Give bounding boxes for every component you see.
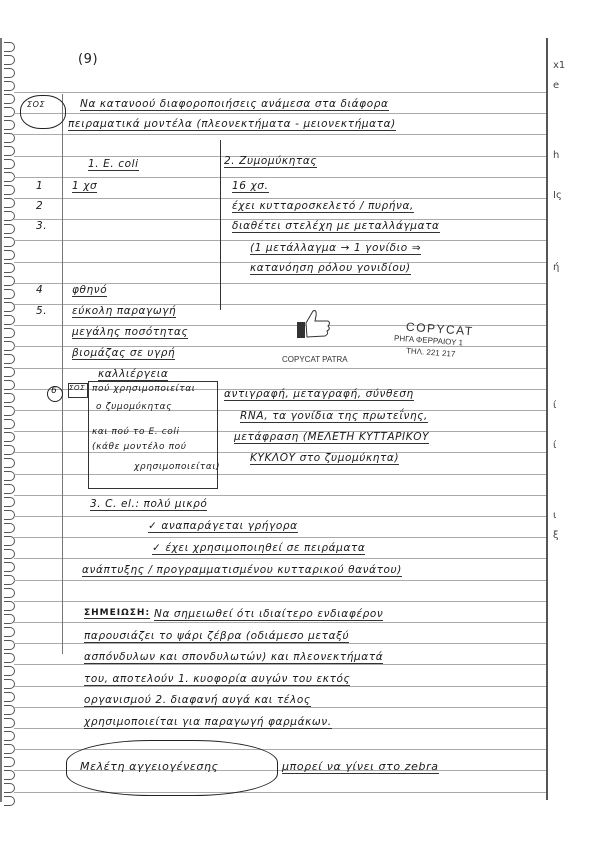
ruled-line <box>14 537 546 538</box>
note-line: παρουσιάζει το ψάρι ζέβρα (οδιάμεσο μετα… <box>84 630 349 643</box>
stamp-brand: COPYCAT PATRA <box>282 355 348 364</box>
header-line-2: πειραματικά μοντέλα (πλεονεκτήματα - μει… <box>68 118 396 131</box>
column-divider <box>220 140 221 310</box>
ruled-line <box>14 368 546 369</box>
edge-mark: ι <box>553 510 556 521</box>
ruled-line <box>14 177 546 178</box>
footer-cloud-text: Μελέτη αγγειογένεσης <box>80 760 219 773</box>
item-6-box-line: και πού το E. coli <box>92 427 180 437</box>
header-line-1: Να κατανοού διαφοροποιήσεις ανάμεσα στα … <box>80 98 389 111</box>
item-6-line: ΚΥΚΛΟΥ στο ζυμομύκητα) <box>250 452 399 465</box>
ruled-line <box>14 643 546 644</box>
ruled-line <box>14 664 546 665</box>
ruled-line <box>14 113 546 114</box>
item-6-number: 6 <box>51 386 57 396</box>
item-6-box-line: πού χρησιμοποιείται <box>92 384 195 394</box>
edge-mark: x1 <box>553 60 565 71</box>
ruled-line <box>14 601 546 602</box>
edge-mark: ί <box>553 440 556 451</box>
item-6-box-line: (κάθε μοντέλο πού <box>92 442 187 452</box>
col1-cell: καλλιέργεια <box>98 368 168 381</box>
row-number: 5. <box>36 305 47 317</box>
col1-cell: φθηνό <box>72 284 107 297</box>
item-6-sos: ΣΟΣ <box>69 384 85 392</box>
edge-mark: e <box>553 80 559 91</box>
col2-cell: 16 χσ. <box>232 180 269 193</box>
footer-text: μπορεί να γίνει στο zebra <box>282 760 439 774</box>
col1-cell: μεγάλης ποσότητας <box>72 326 188 339</box>
note-line: Να σημειωθεί ότι ιδιαίτερο ενδιαφέρον <box>154 608 383 621</box>
margin-line <box>62 94 63 654</box>
celegans-point: ✓ έχει χρησιμοποιηθεί σε πειράματα <box>152 542 365 555</box>
celegans-tail: ανάπτυξης / προγραμματισμένου κυτταρικού… <box>82 564 402 577</box>
edge-mark: ί <box>553 400 556 411</box>
ruled-line <box>14 92 546 93</box>
item-6-line: αντιγραφή, μεταγραφή, σύνθεση <box>224 388 414 401</box>
ruled-line <box>14 134 546 135</box>
ruled-line <box>14 580 546 581</box>
col2-title: 2. Ζυμομύκητας <box>224 155 317 168</box>
item-6-box-line: χρησιμοποιείται) <box>134 462 220 472</box>
edge-mark: Ις <box>553 190 562 201</box>
note-line: οργανισμού 2. διαφανή αυγά και τέλος <box>84 694 311 707</box>
col2-cell: κατανόηση ρόλου γονιδίου) <box>250 262 411 275</box>
ruled-line <box>14 792 546 793</box>
ruled-line <box>14 622 546 623</box>
ruled-line <box>14 495 546 496</box>
col1-title: 1. E. coli <box>88 158 139 171</box>
celegans-point: ✓ αναπαράγεται γρήγορα <box>148 520 298 533</box>
col2-cell: έχει κυτταροσκελετό / πυρήνα, <box>232 200 414 213</box>
sos-marker: ΣΟΣ <box>27 100 45 109</box>
note-line: του, αποτελούν 1. κυοφορία αυγών του εκτ… <box>84 673 350 686</box>
item-6-box-line: ο ζυμομύκητας <box>96 402 172 412</box>
row-number: 4 <box>36 284 43 296</box>
col2-cell: (1 μετάλλαγμα → 1 γονίδιο ⇒ <box>250 242 421 255</box>
note-label: ΣΗΜΕΙΩΣΗ: <box>84 608 150 619</box>
page-number: (9) <box>78 52 98 67</box>
item-6-line: RNA, τα γονίδια της πρωτεΐνης, <box>240 410 428 423</box>
note-line: χρησιμοποιείται για παραγωγή φαρμάκων. <box>84 716 332 729</box>
celegans-title: 3. C. el.: πολύ μικρό <box>90 498 207 511</box>
col1-cell: εύκολη παραγωγή <box>72 305 176 318</box>
edge-mark: ή <box>553 262 559 273</box>
ruled-line <box>14 686 546 687</box>
ruled-line <box>14 198 546 199</box>
note-line: ασπόνδυλων και σπονδυλωτών) και πλεονεκτ… <box>84 651 383 664</box>
row-number: 1 <box>36 180 43 192</box>
edge-mark: h <box>553 150 559 161</box>
col1-cell: βιομάζας σε υγρή <box>72 347 175 360</box>
item-6-line: μετάφραση (ΜΕΛΕΤΗ ΚΥΤΤΑΡΙΚΟΥ <box>234 431 429 444</box>
col1-cell: 1 χσ <box>72 180 97 193</box>
ruled-line <box>14 558 546 559</box>
row-number: 2 <box>36 200 43 212</box>
thumbs-up-icon <box>297 309 331 339</box>
col2-cell: διαθέτει στελέχη με μεταλλάγματα <box>232 220 440 233</box>
ruled-line <box>14 516 546 517</box>
edge-mark: ξ <box>553 530 559 541</box>
row-number: 3. <box>36 220 47 232</box>
